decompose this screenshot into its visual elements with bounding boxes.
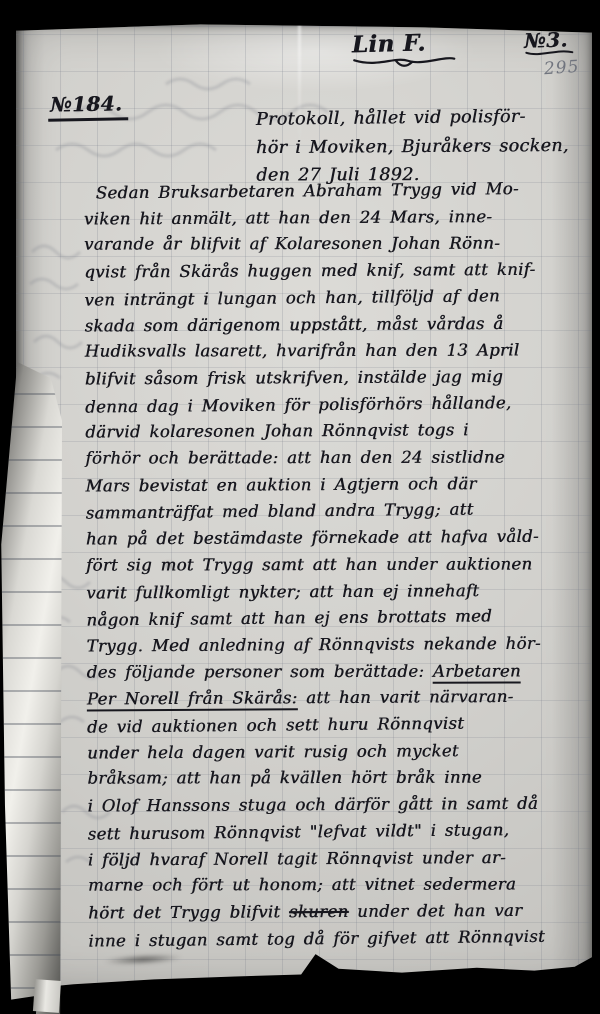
handwritten-line: bråksam; att han på kvällen hört bråk in…	[87, 765, 587, 793]
handwritten-line: qvist från Skärås huggen med knif, samt …	[84, 257, 584, 287]
handwritten-line: denna dag i Moviken för polisförhörs hål…	[85, 389, 585, 421]
handwritten-line: sammanträffat med bland andra Trygg; att	[86, 496, 586, 528]
handwritten-line: i Olof Hanssons stuga och därför gått in…	[87, 791, 587, 821]
curled-page-edge	[0, 362, 62, 1014]
handwritten-line: fört sig mot Trygg samt att han under au…	[86, 551, 586, 579]
document-number-text: №3.	[523, 27, 567, 53]
handwritten-line: förhör och berättade: att han den 24 sis…	[85, 444, 585, 472]
handwritten-line: hör i Moviken, Bjuråkers socken,	[256, 131, 586, 162]
protocol-body: Sedan Bruksarbetaren Abraham Trygg vid M…	[84, 176, 589, 953]
handwritten-line: des följande personer som berättade: Arb…	[87, 658, 587, 686]
handwritten-line: någon knif samt att han ej ens brottats …	[86, 603, 586, 635]
handwritten-line: Per Norell från Skärås: att han varit nä…	[87, 684, 587, 714]
handwritten-line: Hudiksvalls lasarett, hvarifrån han den …	[85, 338, 585, 366]
handwritten-line: de vid auktionen och sett huru Rönnqvist	[87, 709, 587, 741]
curled-page-corner	[33, 979, 61, 1013]
handwritten-line: varande år blifvit af Kolaresonen Johan …	[84, 231, 584, 259]
handwritten-line: blifvit såsom frisk utskrifven, instälde…	[85, 363, 585, 393]
handwritten-line: Sedan Bruksarbetaren Abraham Trygg vid M…	[84, 175, 584, 207]
handwritten-line: marne och fört ut honom; att vitnet sede…	[88, 872, 588, 900]
case-number: №184.	[48, 91, 129, 121]
archival-annotation: Lin F.	[351, 29, 456, 72]
handwritten-line: i följd hvaraf Norell tagit Rönnqvist un…	[88, 844, 588, 874]
handwritten-line: därvid kolaresonen Johan Rönnqvist togs …	[85, 417, 585, 447]
handwritten-line: ven inträngt i lungan och han, tillföljd…	[84, 282, 584, 314]
handwritten-line: inne i stugan samt tog då för gifvet att…	[88, 923, 588, 955]
handwritten-line: hört det Trygg blifvit skuren under det …	[88, 897, 588, 927]
pencil-page-number: 295	[543, 57, 580, 79]
handwritten-line: han på det bestämdaste förnekade att haf…	[86, 524, 586, 554]
scan-background: Lin F. №3. 295 №184. Protokoll, hållet v…	[0, 0, 600, 1014]
document-number: №3.	[523, 27, 574, 59]
handwritten-line: skada som därigenom uppstått, måst vårda…	[84, 310, 584, 340]
handwritten-line: sett hurusom Rönnqvist "lefvat vildt" i …	[88, 816, 588, 848]
annotation-text: Lin F.	[351, 29, 425, 58]
document-page: Lin F. №3. 295 №184. Protokoll, hållet v…	[16, 22, 592, 992]
handwritten-line: Trygg. Med anledning af Rönnqvists nekan…	[86, 630, 586, 660]
handwritten-line: viken hit anmält, att han den 24 Mars, i…	[84, 203, 584, 233]
handwritten-line: Protokoll, hållet vid polisför-	[256, 102, 586, 134]
handwritten-line: under hela dagen varit rusig och mycket	[87, 737, 587, 767]
